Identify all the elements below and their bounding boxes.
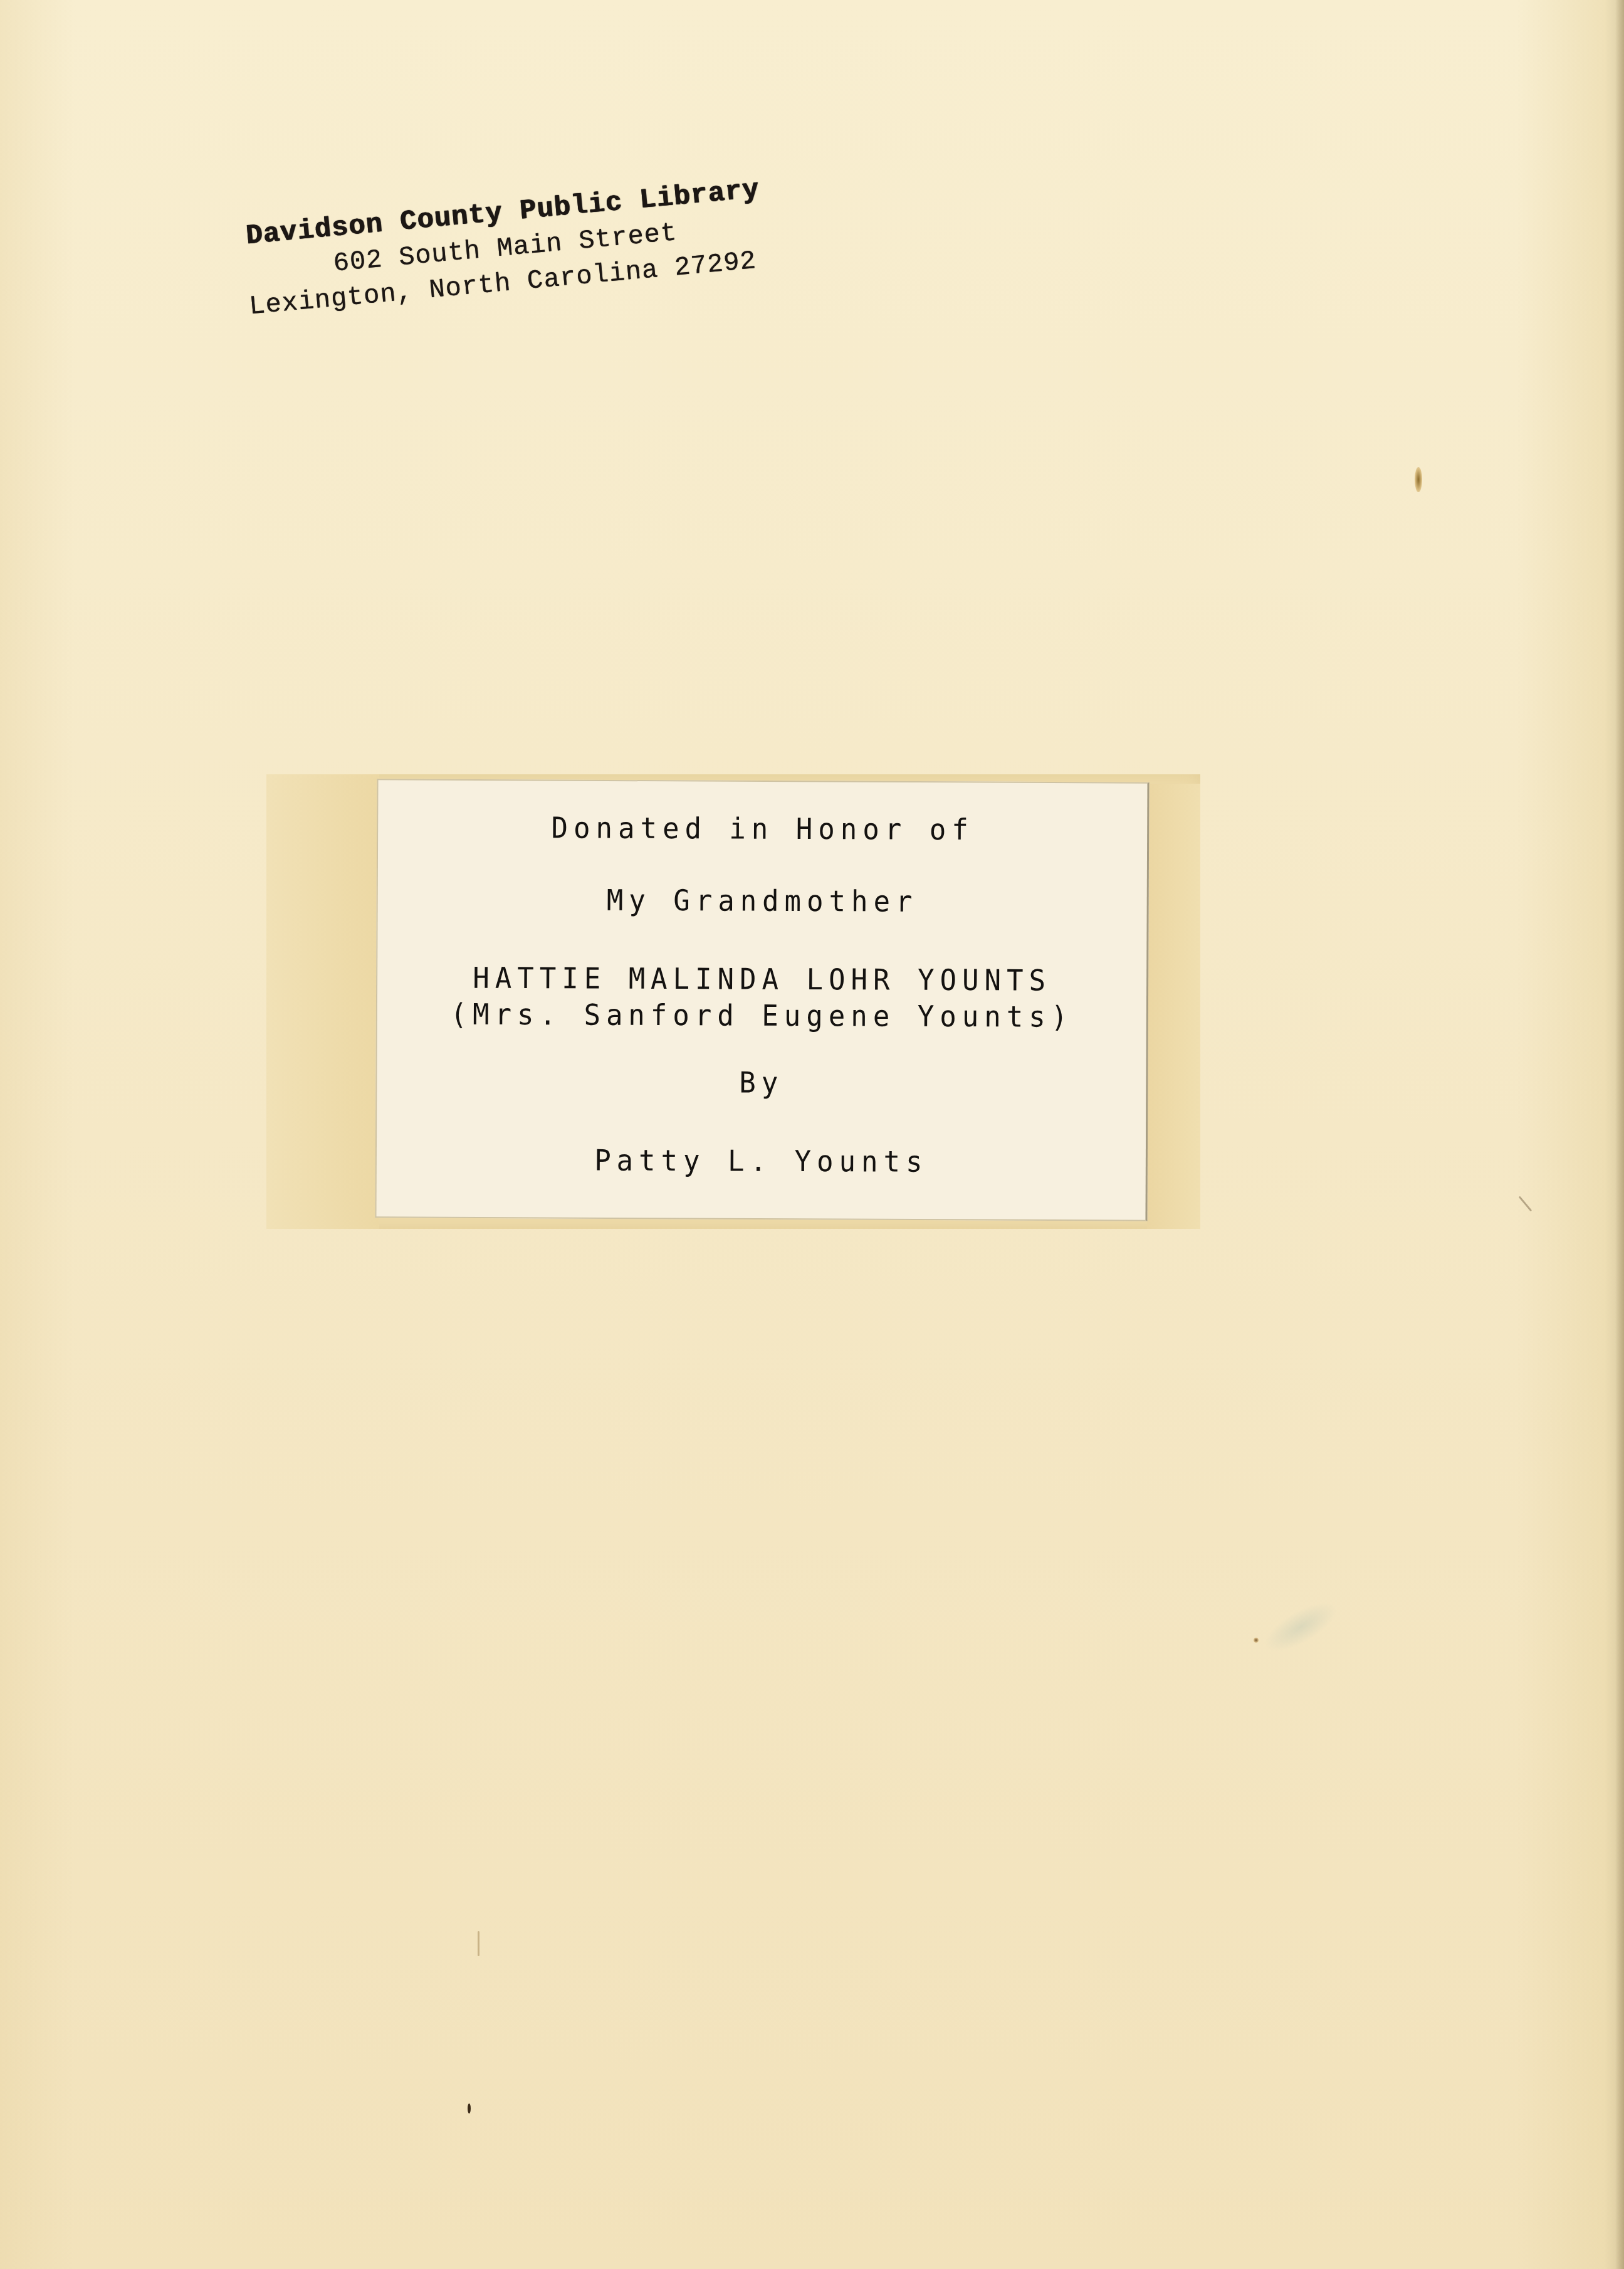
donation-label: Donated in Honor of My Grandmother HATTI… bbox=[375, 779, 1149, 1221]
label-donor-name: Patty L. Younts bbox=[377, 1143, 1146, 1180]
label-donated-line: Donated in Honor of bbox=[378, 811, 1147, 848]
label-honoree-name: HATTIE MALINDA LOHR YOUNTS bbox=[377, 961, 1146, 998]
paper-fiber-mark bbox=[478, 1931, 479, 1956]
book-page: Davidson County Public Library 602 South… bbox=[0, 0, 1624, 2269]
foxing-spot bbox=[1415, 467, 1422, 492]
stain-mark bbox=[1257, 1593, 1344, 1661]
page-edge-shadow bbox=[1615, 0, 1624, 2269]
ink-speck bbox=[468, 2103, 471, 2114]
label-honoree-married-name: (Mrs. Sanford Eugene Younts) bbox=[377, 998, 1146, 1034]
tape-left-strip bbox=[266, 774, 379, 1229]
tape-right-strip bbox=[1147, 784, 1200, 1229]
foxing-spot bbox=[1254, 1638, 1259, 1643]
label-by-line: By bbox=[377, 1065, 1146, 1102]
library-stamp: Davidson County Public Library 602 South… bbox=[241, 168, 813, 324]
paper-fiber-mark bbox=[1519, 1196, 1532, 1212]
label-relation-line: My Grandmother bbox=[378, 883, 1147, 920]
